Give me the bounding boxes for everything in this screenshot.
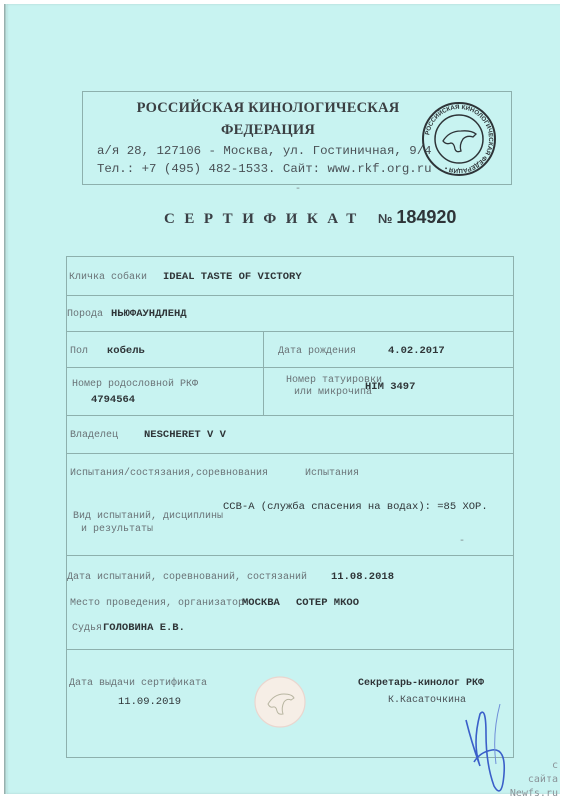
tattoo-label-line2: или микрочипа (294, 387, 372, 398)
org-contacts: Тел.: +7 (495) 482-1533. Сайт: www.rkf.o… (97, 162, 432, 176)
breed-value: НЬЮФАУНДЛЕНД (111, 308, 187, 320)
rkf-stamp-icon (254, 676, 306, 728)
watermark-line1: с (510, 759, 558, 773)
certificate-paper: РОССИЙСКАЯ КИНОЛОГИЧЕСКАЯ ФЕДЕРАЦИЯ а/я … (4, 4, 560, 794)
organizer-value: СОТЕР МКОО (296, 597, 359, 609)
pedigree-value: 4794564 (91, 394, 135, 406)
scan-mark: - (459, 536, 465, 547)
scan-mark: - (295, 184, 301, 195)
issue-date-label: Дата выдачи сертификата (69, 678, 207, 689)
dog-name-label: Кличка собаки (69, 272, 147, 283)
sex-label: Пол (70, 346, 88, 357)
event-type-label: Испытания/состязания,соревнования (70, 468, 268, 479)
judge-label: Судья (72, 623, 102, 634)
discipline-label-line2: и результаты (81, 524, 153, 535)
org-name-line1: РОССИЙСКАЯ КИНОЛОГИЧЕСКАЯ (123, 100, 413, 117)
discipline-label-line1: Вид испытаний, дисциплины (73, 511, 223, 522)
org-name-line2: ФЕДЕРАЦИЯ (123, 122, 413, 139)
birth-date-value: 4.02.2017 (388, 345, 445, 357)
number-sign: № (378, 211, 393, 226)
place-value: МОСКВА (242, 597, 280, 609)
owner-value: NESCHERET V V (144, 429, 226, 441)
certificate-number: 184920 (396, 207, 456, 227)
event-date-value: 11.08.2018 (331, 571, 394, 583)
issue-date-value: 11.09.2019 (118, 696, 181, 708)
sex-value: кобель (107, 345, 145, 357)
dog-name-value: IDEAL TASTE OF VICTORY (163, 271, 302, 283)
rkf-seal-icon: РОССИЙСКАЯ КИНОЛОГИЧЕСКАЯ ФЕДЕРАЦИЯ • (421, 101, 497, 177)
test-result: ССВ-А (служба спасения на водах): =85 ХО… (223, 501, 488, 513)
secretary-title: Секретарь-кинолог РКФ (358, 678, 484, 689)
event-type-value: Испытания (305, 468, 359, 479)
certificate-title: СЕРТИФИКАТ№184920 (164, 207, 456, 228)
watermark: с сайта Newfs.ru (510, 759, 558, 800)
owner-label: Владелец (70, 430, 118, 441)
org-address: а/я 28, 127106 - Москва, ул. Гостиничная… (97, 144, 432, 158)
event-date-label: Дата испытаний, соревнований, состязаний (67, 572, 307, 583)
watermark-line3: Newfs.ru (510, 787, 558, 800)
secretary-name: К.Касаточкина (388, 695, 466, 706)
watermark-line2: сайта (510, 773, 558, 787)
birth-date-label: Дата рождения (278, 346, 356, 357)
tattoo-value: HIM 3497 (365, 381, 415, 393)
place-label: Место проведения, организатор (70, 598, 244, 609)
pedigree-label: Номер родословной РКФ (72, 379, 198, 390)
judge-value: ГОЛОВИНА Е.В. (103, 622, 185, 634)
header-box: РОССИЙСКАЯ КИНОЛОГИЧЕСКАЯ ФЕДЕРАЦИЯ а/я … (82, 91, 512, 185)
breed-label: Порода (67, 309, 103, 320)
certificate-word: СЕРТИФИКАТ (164, 211, 366, 227)
